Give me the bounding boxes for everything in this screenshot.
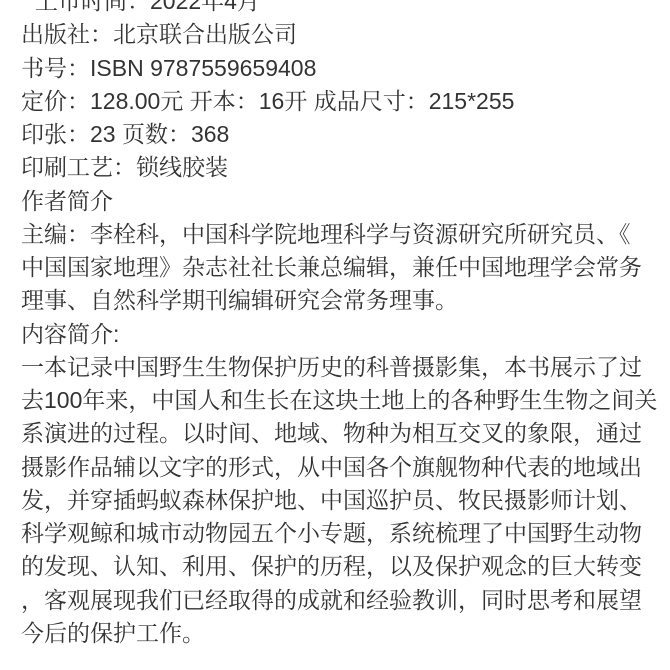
content-intro-2-line: 去100年来，中国人和生长在这块土地上的各种野生生物之间关	[21, 384, 669, 417]
content-intro-7-line: 的发现、认知、利用、保护的历程，以及保护观念的巨大转变	[21, 550, 669, 583]
author-bio-1-line: 主编：李栓科，中国科学院地理科学与资源研究所研究员、《	[21, 218, 669, 251]
content-intro-1-line: 一本记录中国野生生物保护历史的科普摄影集，本书展示了过	[21, 351, 669, 384]
author-bio-2-line: 中国国家地理》杂志社社长兼总编辑，兼任中国地理学会常务	[21, 251, 669, 284]
content-intro-4-line: 摄影作品辅以文字的形式，从中国各个旗舰物种代表的地域出	[21, 451, 669, 484]
binding-process-line: 印刷工艺：锁线胶装	[21, 151, 669, 184]
release-date-line: 上市时间：2022年4月	[21, 0, 669, 18]
author-bio-3-line: 理事、自然科学期刊编辑研究会常务理事。	[21, 284, 669, 317]
isbn-line: 书号：ISBN 9787559659408	[21, 52, 669, 85]
content-intro-3-line: 系演进的过程。以时间、地域、物种为相互交叉的象限，通过	[21, 417, 669, 450]
book-description-text-block: 上市时间：2022年4月出版社：北京联合出版公司书号：ISBN 97875596…	[21, 0, 669, 650]
content-section-heading-line: 内容简介:	[21, 318, 669, 351]
publisher-line: 出版社：北京联合出版公司	[21, 18, 669, 51]
content-intro-5-line: 发，并穿插蚂蚁森林保护地、中国巡护员、牧民摄影师计划、	[21, 484, 669, 517]
content-intro-9-line: 今后的保护工作。	[21, 617, 669, 650]
price-format-size-line: 定价：128.00元 开本：16开 成品尺寸：215*255	[21, 85, 669, 118]
sheets-pages-line: 印张：23 页数：368	[21, 118, 669, 151]
author-section-heading-line: 作者简介	[21, 185, 669, 218]
content-intro-8-line: ，客观展现我们已经取得的成就和经验教训，同时思考和展望	[21, 584, 669, 617]
content-intro-6-line: 科学观鲸和城市动物园五个小专题，系统梳理了中国野生动物	[21, 517, 669, 550]
